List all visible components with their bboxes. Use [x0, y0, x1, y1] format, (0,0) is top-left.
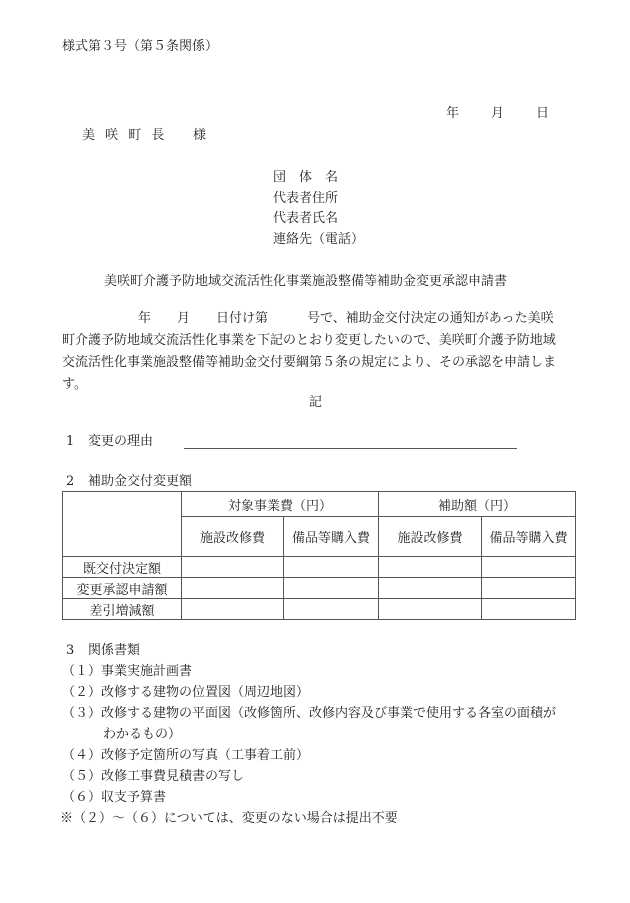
field-representative-name: 代表者氏名	[273, 212, 338, 225]
document-title: 美咲町介護予防地域交流活性化事業施設整備等補助金変更承認申請書	[104, 275, 507, 288]
table-corner-cell	[63, 492, 182, 557]
amount-cell[interactable]	[379, 557, 482, 578]
amount-cell[interactable]	[482, 578, 576, 599]
section-1-number: 1	[66, 435, 74, 448]
date-day: 日	[536, 107, 549, 120]
list-item: （５）改修工事費見積書の写し	[62, 770, 244, 783]
change-reason-field[interactable]	[184, 448, 517, 449]
section-2-number: 2	[66, 475, 74, 488]
addressee-honorific: 様	[193, 129, 206, 142]
section-1-label: 変更の理由	[88, 435, 153, 448]
section-3-label: 関係書類	[88, 644, 140, 657]
subheader-equipment-purchase: 備品等購入費	[482, 517, 576, 557]
list-item: （６）収支予算書	[62, 791, 166, 804]
section-3-number: 3	[66, 644, 74, 657]
amount-cell[interactable]	[182, 599, 284, 620]
field-representative-address: 代表者住所	[273, 192, 338, 205]
body-line-1: 年 月 日付け第 号で、補助金交付決定の通知があった美咲	[138, 312, 554, 325]
header-subsidy-amount: 補助額（円）	[379, 492, 576, 517]
list-item: （３）改修する建物の平面図（改修箇所、改修内容及び事業で使用する各室の面積が	[62, 707, 556, 720]
table-row: 差引増減額	[63, 599, 576, 620]
subsidy-change-table: 対象事業費（円） 補助額（円） 施設改修費 備品等購入費 施設改修費 備品等購入…	[62, 491, 576, 620]
ki-heading: 記	[309, 396, 322, 409]
header-project-cost: 対象事業費（円）	[182, 492, 379, 517]
list-item: （１）事業実施計画書	[62, 665, 192, 678]
body-line-2: 町介護予防地域交流活性化事業を下記のとおり変更したいので、美咲町介護予防地域	[62, 334, 556, 347]
subheader-facility-renovation: 施設改修費	[182, 517, 284, 557]
amount-cell[interactable]	[284, 599, 379, 620]
amount-cell[interactable]	[482, 557, 576, 578]
list-item: （４）改修予定箇所の写真（工事着工前）	[62, 749, 309, 762]
amount-cell[interactable]	[482, 599, 576, 620]
amount-cell[interactable]	[379, 578, 482, 599]
addressee-name: 美 咲 町 長	[82, 129, 167, 142]
row-label: 既交付決定額	[63, 557, 182, 578]
section-2-label: 補助金交付変更額	[88, 475, 192, 488]
submission-note: ※（２）～（６）については、変更のない場合は提出不要	[60, 812, 398, 825]
date-month: 月	[491, 107, 504, 120]
row-label: 差引増減額	[63, 599, 182, 620]
body-line-4: す。	[62, 378, 87, 391]
table-row: 変更承認申請額	[63, 578, 576, 599]
subheader-equipment-purchase: 備品等購入費	[284, 517, 379, 557]
amount-cell[interactable]	[284, 557, 379, 578]
list-item: （２）改修する建物の位置図（周辺地図）	[62, 686, 309, 699]
subheader-facility-renovation: 施設改修費	[379, 517, 482, 557]
body-line-3: 交流活性化事業施設整備等補助金交付要綱第５条の規定により、その承認を申請しま	[62, 356, 556, 369]
date-year: 年	[446, 107, 459, 120]
list-item-continuation: わかるもの）	[103, 728, 181, 741]
field-organization-name: 団 体 名	[273, 171, 338, 184]
amount-cell[interactable]	[182, 578, 284, 599]
amount-cell[interactable]	[379, 599, 482, 620]
amount-cell[interactable]	[284, 578, 379, 599]
amount-cell[interactable]	[182, 557, 284, 578]
form-number: 様式第３号（第５条関係）	[62, 40, 218, 53]
field-contact-phone: 連絡先（電話）	[273, 233, 364, 246]
row-label: 変更承認申請額	[63, 578, 182, 599]
table-row: 既交付決定額	[63, 557, 576, 578]
